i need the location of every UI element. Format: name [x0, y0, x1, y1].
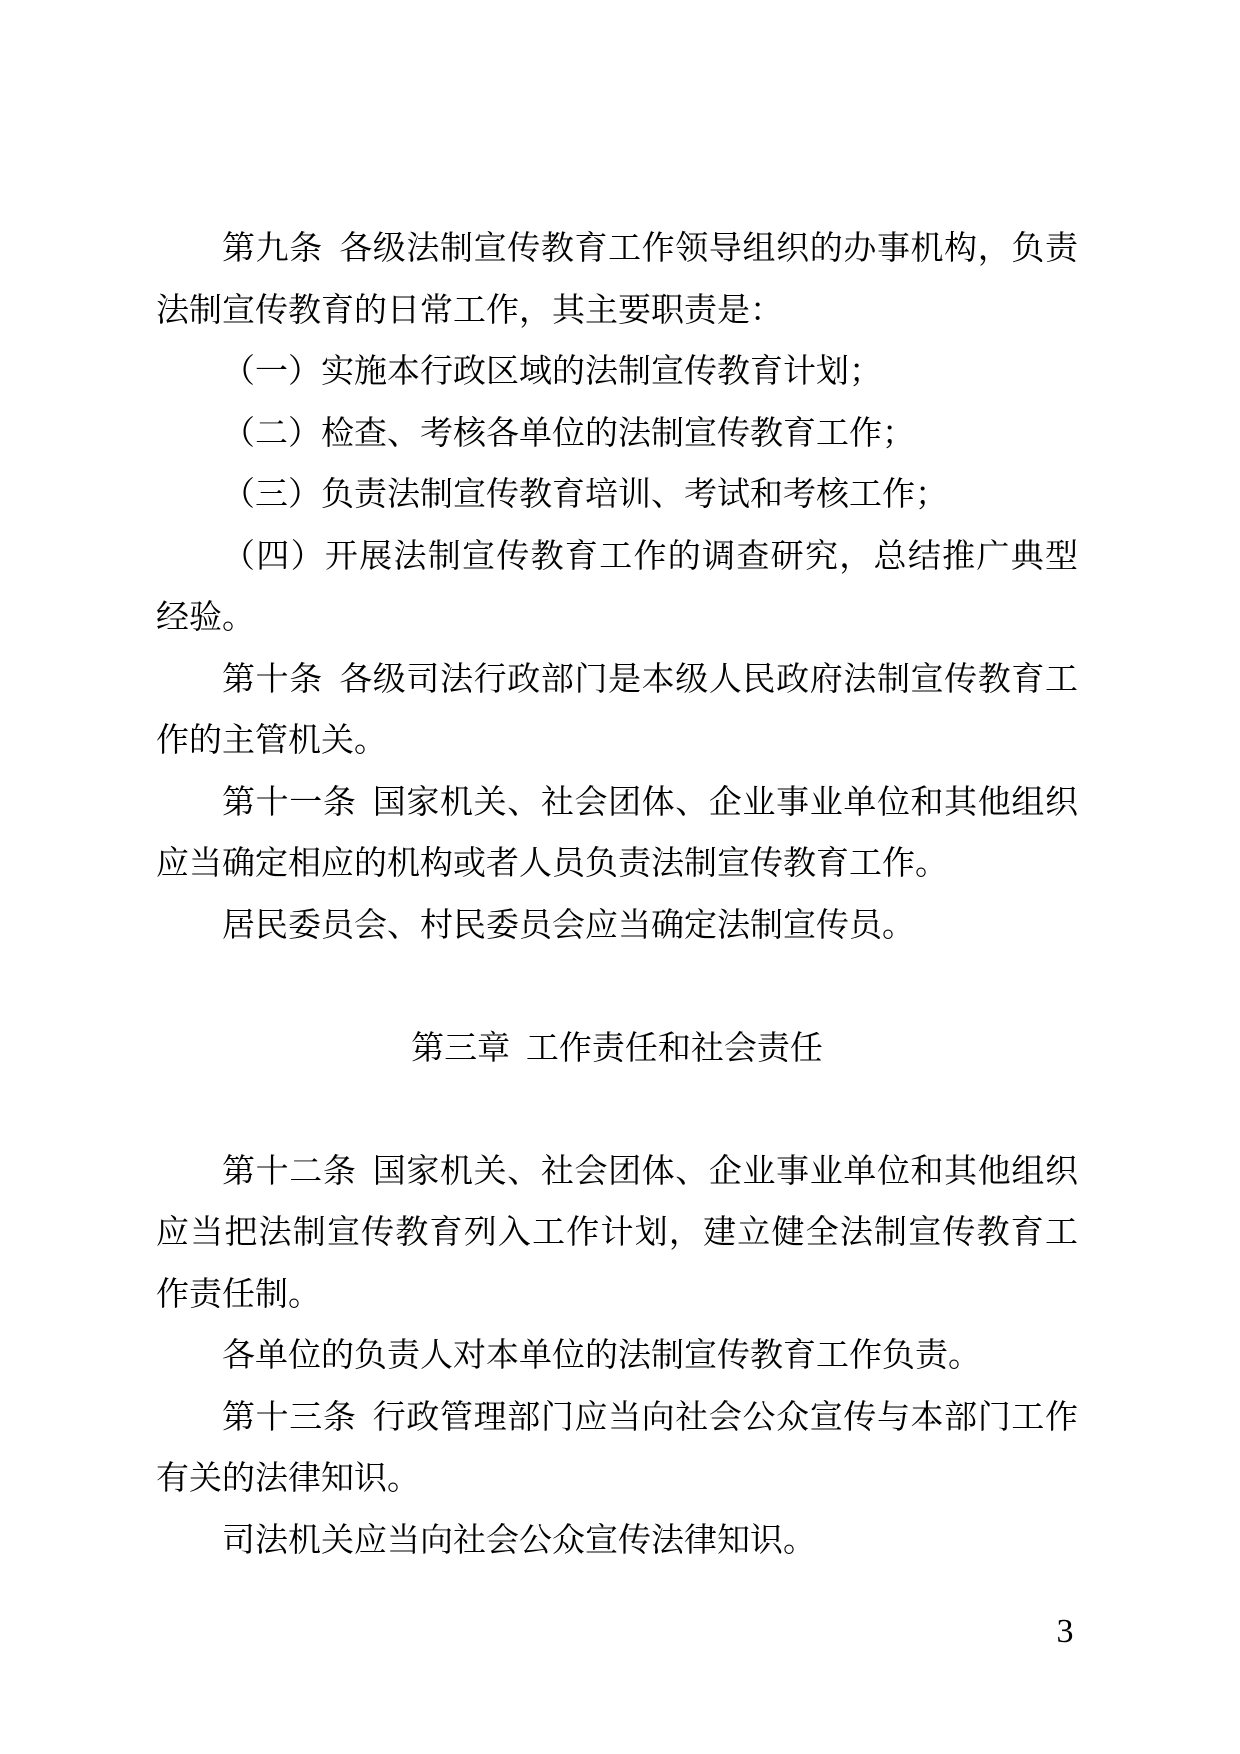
text-line: （四）开展法制宣传教育工作的调查研究，总结推广典型	[156, 525, 1078, 587]
text-line: 经验。	[156, 586, 1078, 648]
chapter-heading: 第三章 工作责任和社会责任	[156, 1017, 1078, 1079]
text-line: 第十二条 国家机关、社会团体、企业事业单位和其他组织	[156, 1140, 1078, 1202]
text-line: 第十三条 行政管理部门应当向社会公众宣传与本部门工作	[156, 1386, 1078, 1448]
text-line: 作的主管机关。	[156, 709, 1078, 771]
text-line: 各单位的负责人对本单位的法制宣传教育工作负责。	[156, 1324, 1078, 1386]
text-line: 法制宣传教育的日常工作，其主要职责是：	[156, 279, 1078, 341]
document-body: 第九条 各级法制宣传教育工作领导组织的办事机构，负责法制宣传教育的日常工作，其主…	[156, 217, 1078, 1570]
text-line: 第十一条 国家机关、社会团体、企业事业单位和其他组织	[156, 771, 1078, 833]
text-line: （一）实施本行政区域的法制宣传教育计划；	[156, 340, 1078, 402]
document-page: 第九条 各级法制宣传教育工作领导组织的办事机构，负责法制宣传教育的日常工作，其主…	[0, 0, 1240, 1754]
text-line: 应当把法制宣传教育列入工作计划，建立健全法制宣传教育工	[156, 1201, 1078, 1263]
text-line: （三）负责法制宣传教育培训、考试和考核工作；	[156, 463, 1078, 525]
text-line: （二）检查、考核各单位的法制宣传教育工作；	[156, 402, 1078, 464]
text-line: 有关的法律知识。	[156, 1447, 1078, 1509]
text-line: 第十条 各级司法行政部门是本级人民政府法制宣传教育工	[156, 648, 1078, 710]
text-line: 第九条 各级法制宣传教育工作领导组织的办事机构，负责	[156, 217, 1078, 279]
blank-line	[156, 1078, 1078, 1140]
text-line: 应当确定相应的机构或者人员负责法制宣传教育工作。	[156, 832, 1078, 894]
text-line: 司法机关应当向社会公众宣传法律知识。	[156, 1509, 1078, 1571]
text-line: 居民委员会、村民委员会应当确定法制宣传员。	[156, 894, 1078, 956]
text-line: 作责任制。	[156, 1263, 1078, 1325]
page-number: 3	[1035, 1612, 1095, 1652]
blank-line	[156, 955, 1078, 1017]
